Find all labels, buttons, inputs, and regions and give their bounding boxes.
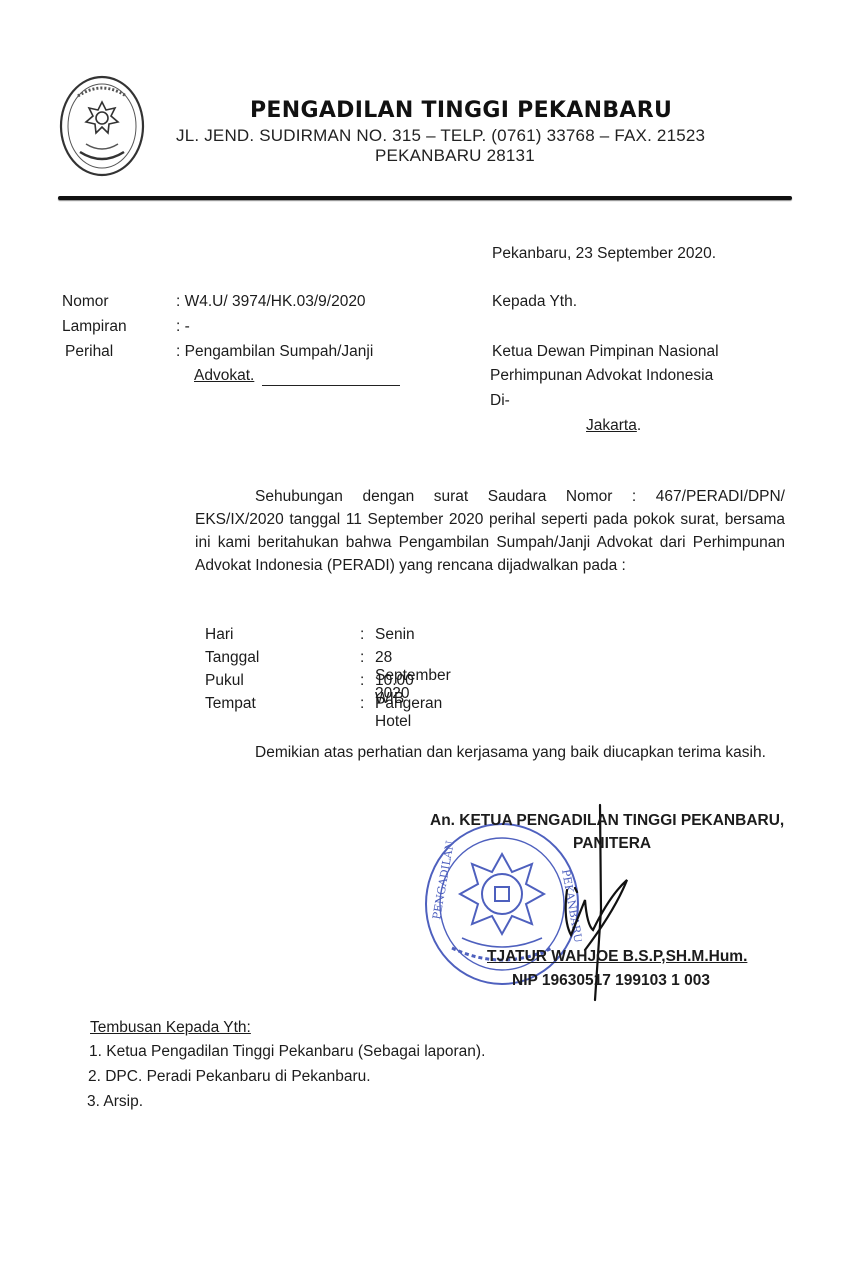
schedule-label: Pukul — [205, 672, 244, 690]
schedule-value: Senin — [375, 626, 415, 644]
signatory-nip: NIP 19630517 199103 1 003 — [512, 972, 710, 990]
recipient-line3: Di- — [490, 392, 510, 410]
recipient-salutation: Kepada Yth. — [492, 293, 577, 311]
schedule-label: Tanggal — [205, 649, 259, 667]
perihal-value-line1: : Pengambilan Sumpah/Janji — [176, 343, 373, 361]
institution-address: JL. JEND. SUDIRMAN NO. 315 – TELP. (0761… — [176, 126, 705, 146]
perihal-label: Perihal — [65, 343, 113, 361]
institution-city: PEKANBARU 28131 — [375, 146, 535, 166]
letterhead-divider — [58, 196, 792, 200]
closing-text: Demikian atas perhatian dan kerjasama ya… — [255, 744, 766, 761]
cc-heading: Tembusan Kepada Yth: — [90, 1019, 251, 1037]
institution-name: PENGADILAN TINGGI PEKANBARU — [250, 98, 672, 123]
nomor-label: Nomor — [62, 293, 109, 311]
body-paragraph: Sehubungan dengan surat Saudara Nomor : … — [195, 485, 785, 577]
closing-paragraph: Demikian atas perhatian dan kerjasama ya… — [195, 741, 785, 764]
body-paragraph-text: Sehubungan dengan surat Saudara Nomor : … — [195, 488, 785, 574]
schedule-label: Hari — [205, 626, 233, 644]
recipient-line1: Ketua Dewan Pimpinan Nasional — [492, 343, 719, 361]
recipient-city-period: . — [637, 417, 641, 434]
recipient-line2: Perhimpunan Advokat Indonesia — [490, 367, 713, 385]
svg-text:PENGADILAN: PENGADILAN — [430, 839, 457, 920]
schedule-label: Tempat — [205, 695, 256, 713]
signatory-on-behalf: An. KETUA PENGADILAN TINGGI PEKANBARU, — [430, 812, 784, 830]
cc-item: 2. DPC. Peradi Pekanbaru di Pekanbaru. — [88, 1068, 371, 1086]
lampiran-value: : - — [176, 318, 190, 336]
signatory-position: PANITERA — [573, 835, 651, 853]
lampiran-label: Lampiran — [62, 318, 127, 336]
letter-date: Pekanbaru, 23 September 2020. — [492, 245, 716, 263]
perihal-value-line2: Advokat. — [194, 367, 254, 385]
cc-item: 1. Ketua Pengadilan Tinggi Pekanbaru (Se… — [89, 1043, 485, 1061]
signatory-name: TJATUR WAHJOE B.S.P,SH.M.Hum. — [487, 948, 747, 966]
cc-item: 3. Arsip. — [87, 1093, 143, 1111]
schedule-value: Pangeran Hotel — [375, 695, 442, 731]
nomor-value: : W4.U/ 3974/HK.03/9/2020 — [176, 293, 366, 311]
court-emblem-icon — [58, 74, 146, 178]
perihal-underline — [262, 385, 400, 386]
recipient-city: Jakarta — [586, 417, 637, 434]
